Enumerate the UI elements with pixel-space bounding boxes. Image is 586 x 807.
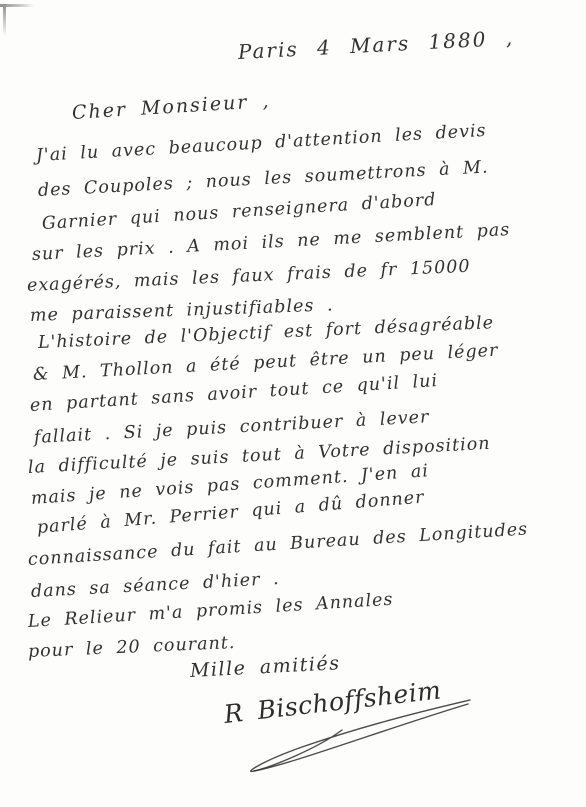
signature-flourish [230, 692, 480, 787]
dateline: Paris 4 Mars 1880 , [237, 26, 514, 64]
body-line: J'ai lu avec beaucoup d'attention les de… [35, 121, 487, 166]
closing: Mille amitiés [189, 652, 341, 682]
letter-page: Paris 4 Mars 1880 , Cher Monsieur , J'ai… [0, 0, 586, 807]
body-line: dans sa séance d'hier . [30, 569, 280, 602]
body-line: pour le 20 courant. [28, 633, 236, 662]
scan-corner-mark-vertical [3, 4, 6, 36]
body-line: exagérés, mais les faux frais de fr 1500… [27, 257, 471, 296]
salutation: Cher Monsieur , [71, 90, 271, 124]
